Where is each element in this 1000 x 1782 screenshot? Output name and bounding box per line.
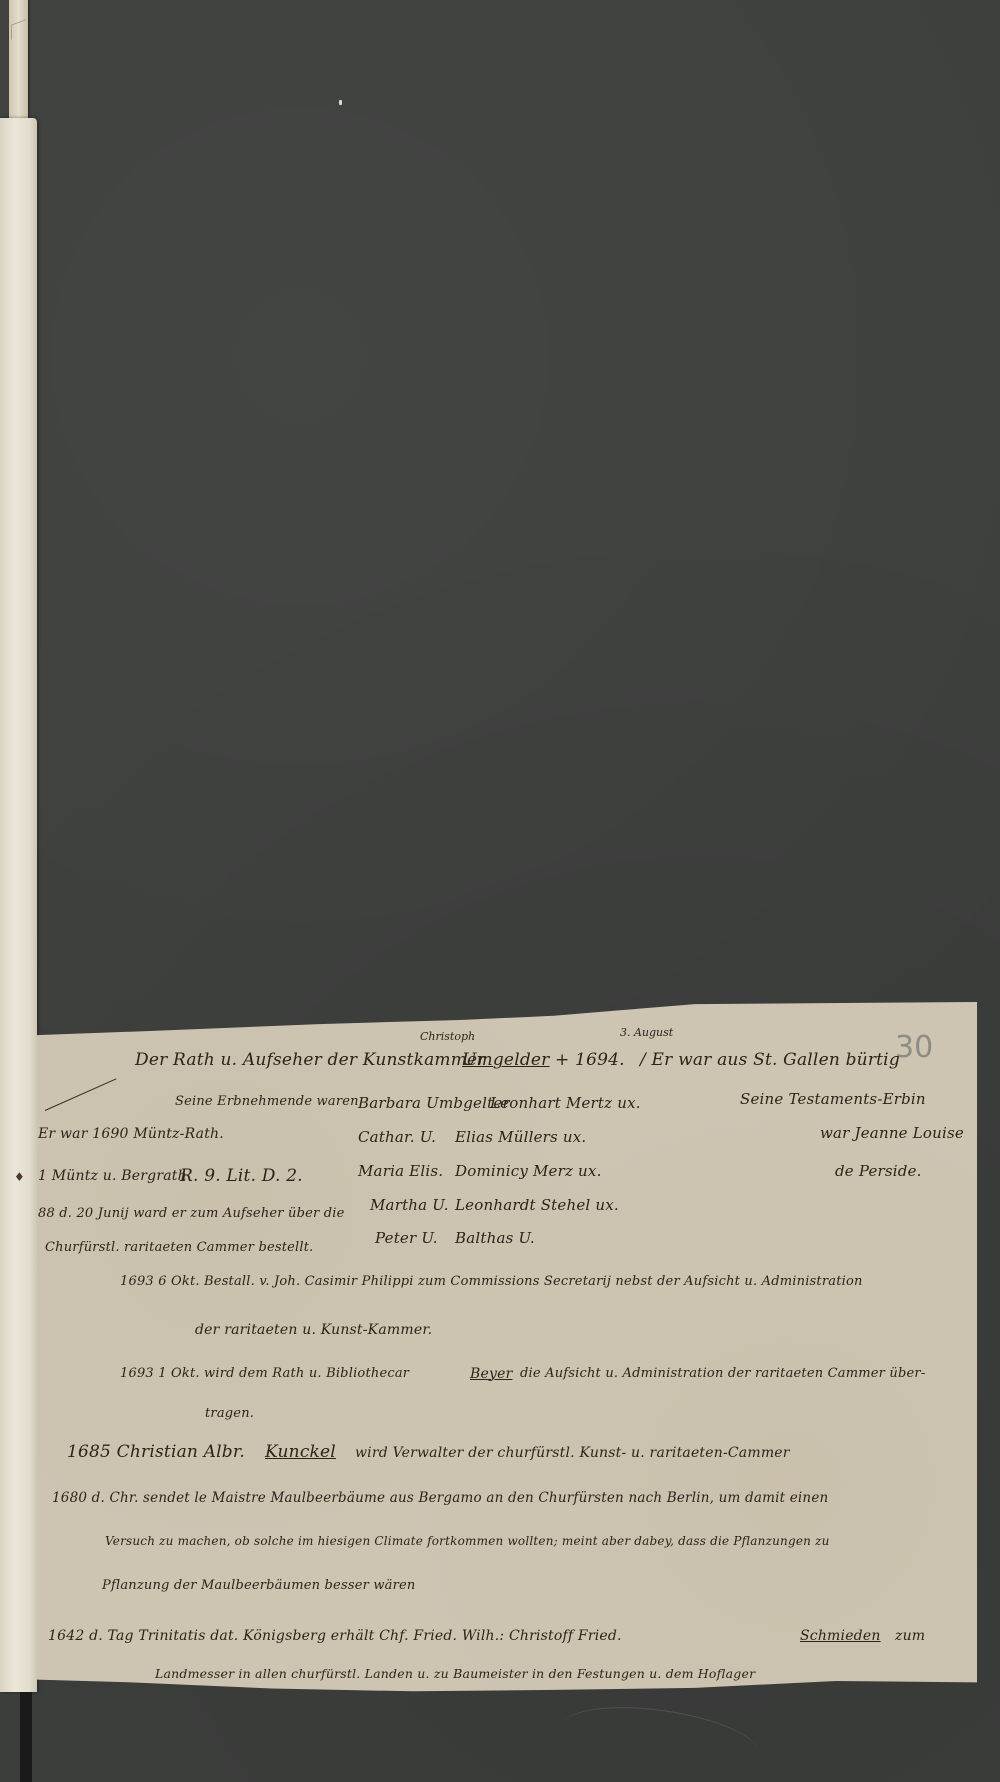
- heading-superscript: Christoph: [420, 1030, 475, 1043]
- entry-1642-name: Schmieden: [800, 1628, 881, 1644]
- heirs-intro: Seine Erbnehmende waren: [175, 1094, 359, 1109]
- heading-superscript-date: 3. August: [620, 1026, 673, 1039]
- entry-1693-line-2: der raritaeten u. Kunst-Kammer.: [195, 1322, 432, 1338]
- entry-1693-line-3-tail: die Aufsicht u. Administration der rarit…: [520, 1366, 925, 1381]
- margin-note-1688-b: Churfürstl. raritaeten Cammer bestellt.: [45, 1240, 314, 1255]
- margin-note-1688-a: 88 d. 20 Junij ward er zum Aufseher über…: [38, 1206, 345, 1221]
- entry-1685-line-1: 1685 Christian Albr.: [67, 1442, 245, 1462]
- entry-1685-name: Kunckel: [265, 1442, 336, 1462]
- entry-1642-line-2: Landmesser in allen churfürstl. Landen u…: [155, 1666, 755, 1681]
- heir-left: Maria Elis.: [358, 1162, 443, 1180]
- heir-right: Leonhart Mertz ux.: [490, 1094, 641, 1112]
- entry-1680-line-1: 1680 d. Chr. sendet le Maistre Maulbeerb…: [52, 1490, 828, 1506]
- entry-1685-line-1-tail: wird Verwalter der churfürstl. Kunst- u.…: [355, 1445, 790, 1461]
- heading-tail: / Er war aus St. Gallen bürtig: [640, 1050, 900, 1070]
- entry-1680-line-2: Versuch zu machen, ob solche im hiesigen…: [105, 1534, 830, 1548]
- entry-1680-line-3: Pflanzung der Maulbeerbäumen besser wäre…: [102, 1578, 416, 1593]
- testament-note-3: de Perside.: [835, 1162, 922, 1180]
- heir-left: Martha U.: [370, 1196, 449, 1214]
- entry-1693-line-1: 1693 6 Okt. Bestall. v. Joh. Casimir Phi…: [120, 1274, 863, 1289]
- heading-name: Umgelder: [462, 1050, 550, 1070]
- heir-right: Balthas U.: [455, 1229, 535, 1247]
- margin-reference: R. 9. Lit. D. 2.: [180, 1166, 303, 1186]
- heir-left: Cathar. U.: [358, 1128, 436, 1146]
- heading-date: + 1694.: [555, 1050, 625, 1070]
- entry-1693-name: Beyer: [470, 1366, 512, 1382]
- heir-left: Peter U.: [375, 1229, 438, 1247]
- entry-1693-line-4: tragen.: [205, 1406, 254, 1421]
- binding-strip-top: [9, 0, 28, 118]
- testament-note-1: Seine Testaments-Erbin: [740, 1090, 926, 1108]
- margin-note-bergrath: 1 Müntz u. Bergrath: [38, 1168, 187, 1184]
- margin-note-1690: Er war 1690 Müntz-Rath.: [38, 1126, 224, 1142]
- binding-strip: [0, 118, 37, 1692]
- heading-text: Der Rath u. Aufseher der Kunstkammer: [135, 1050, 486, 1070]
- testament-note-2: war Jeanne Louise: [820, 1124, 964, 1142]
- heir-right: Elias Müllers ux.: [455, 1128, 586, 1146]
- entry-1642-line-1-tail: zum: [895, 1628, 925, 1644]
- page-number: 30: [895, 1030, 933, 1065]
- heir-right: Leonhardt Stehel ux.: [455, 1196, 619, 1214]
- entry-1642-line-1: 1642 d. Tag Trinitatis dat. Königsberg e…: [48, 1628, 622, 1644]
- heir-right: Dominicy Merz ux.: [455, 1162, 602, 1180]
- heir-left: Barbara Umbgelter: [358, 1094, 510, 1112]
- entry-1693-line-3: 1693 1 Okt. wird dem Rath u. Bibliotheca…: [120, 1366, 409, 1381]
- binding-stub: [20, 1692, 32, 1782]
- dust-speck: [339, 100, 342, 105]
- margin-mark: ♦: [14, 1170, 25, 1184]
